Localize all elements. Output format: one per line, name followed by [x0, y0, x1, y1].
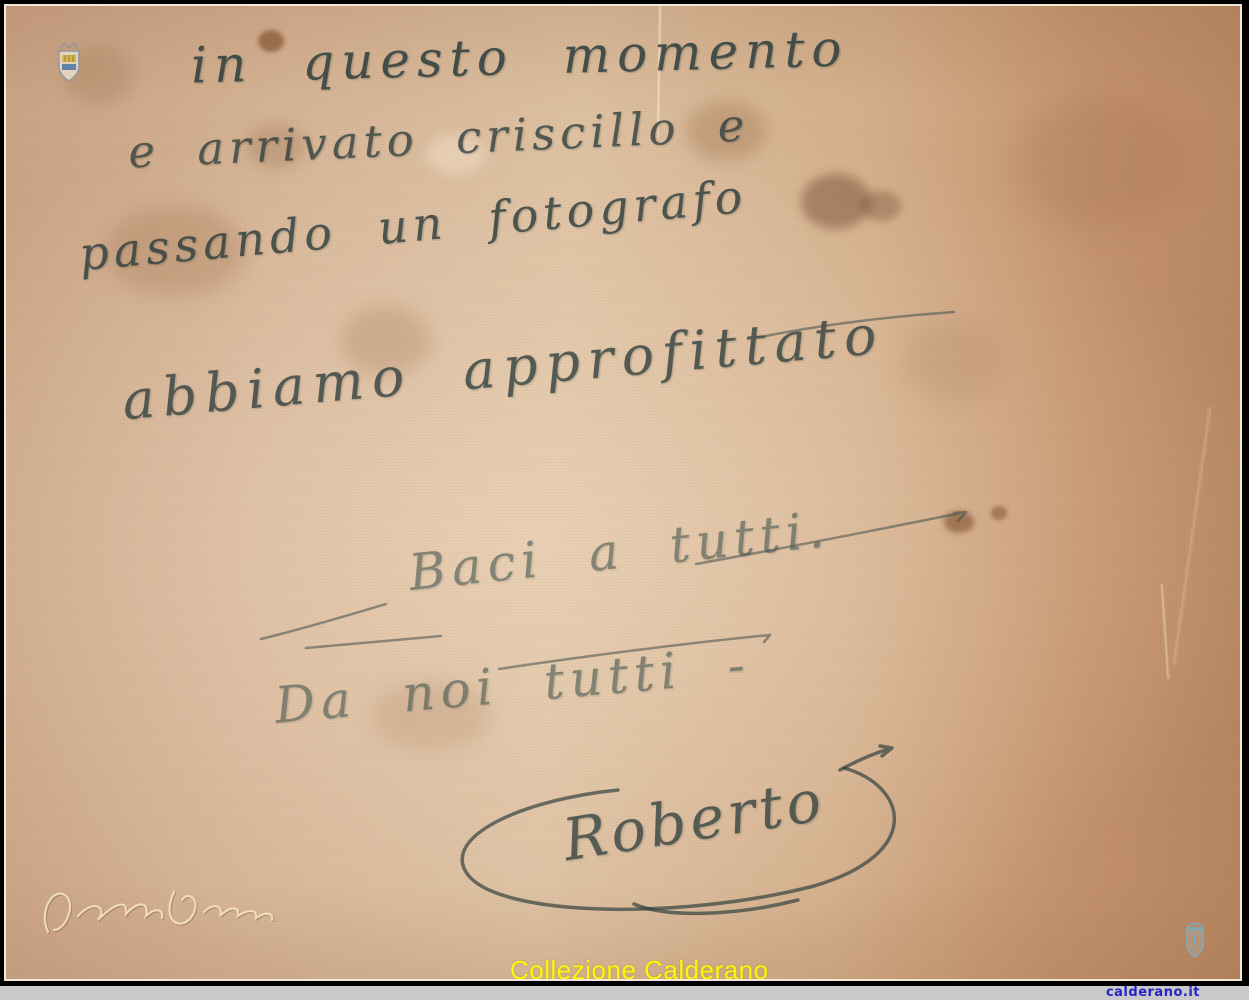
paper-stain — [944, 511, 974, 533]
crest-watermark-icon — [1182, 920, 1208, 960]
postcard-paper: in questo momento e arrivato criscillo e… — [4, 4, 1242, 981]
embossed-signature — [34, 866, 284, 946]
paper-stain — [1016, 96, 1186, 226]
scanned-postcard-back: in questo momento e arrivato criscillo e… — [0, 0, 1249, 1000]
site-url: calderano.it — [1106, 986, 1200, 1000]
collection-watermark: Collezione Calderano — [510, 955, 769, 981]
paper-stain — [901, 321, 1001, 401]
heraldic-crest-icon — [52, 40, 86, 84]
paper-stain — [801, 174, 871, 229]
paper-stain — [991, 506, 1007, 520]
site-bar: calderano.it — [0, 986, 1249, 1000]
paper-stain — [861, 191, 901, 221]
